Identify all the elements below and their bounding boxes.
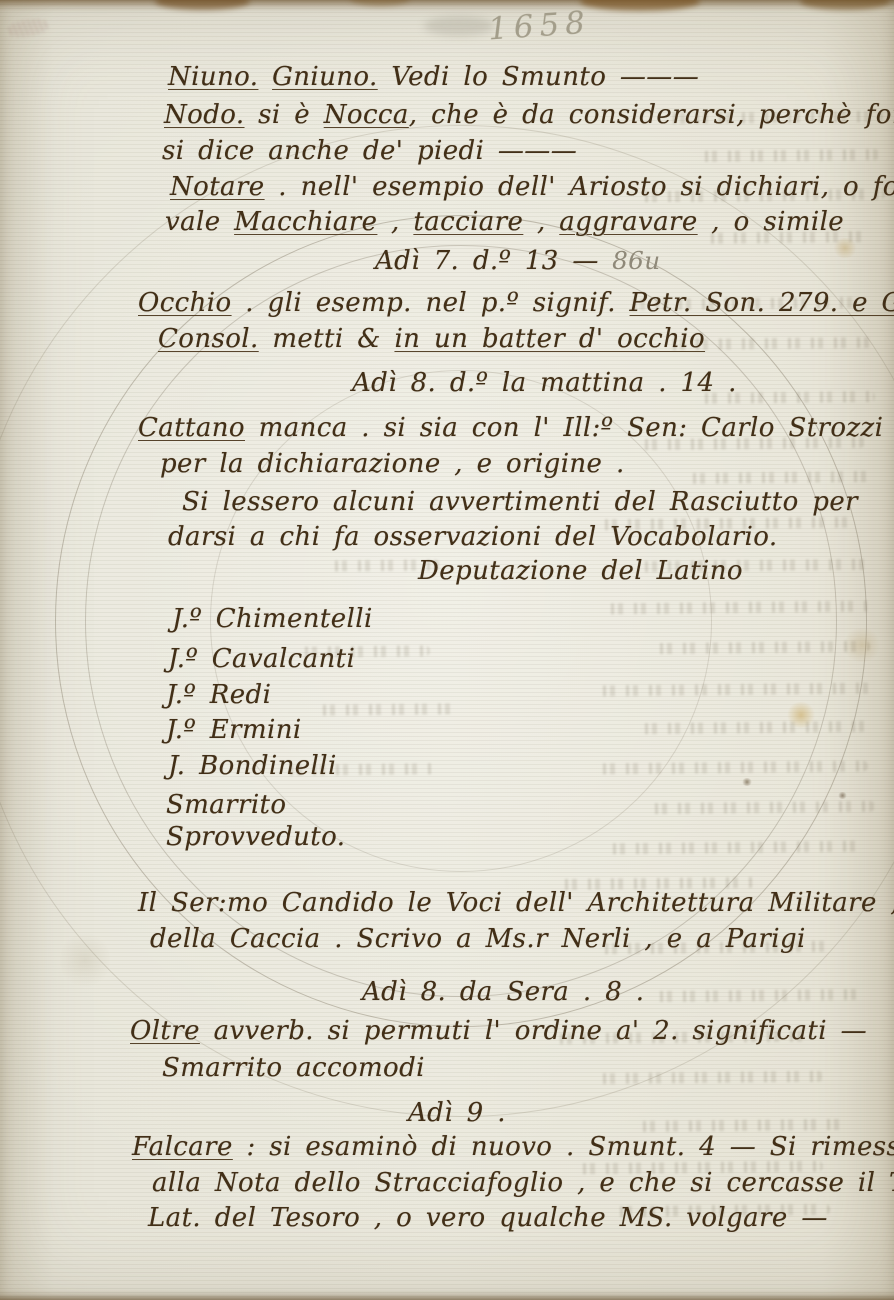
text-run: Occhio bbox=[138, 288, 232, 318]
manuscript-line: J.º Redi bbox=[166, 680, 271, 710]
text-run: Petr. Son. 279. e Giard. bbox=[630, 288, 894, 318]
text-run: alla Nota dello Stracciafoglio , e che s… bbox=[152, 1168, 894, 1198]
manuscript-line: Smarrito accomodi bbox=[162, 1053, 425, 1083]
text-run: J. Bondinelli bbox=[168, 751, 337, 781]
text-run: tacciare bbox=[413, 207, 523, 237]
text-run: J.º Chimentelli bbox=[172, 604, 373, 634]
text-run: . nell' esempio dell' Ariosto si dichiar… bbox=[265, 172, 894, 202]
text-run: Notare bbox=[170, 172, 265, 202]
manuscript-line: J.º Ermini bbox=[166, 715, 302, 745]
manuscript-line: Nodo. si è Nocca, che è da considerarsi,… bbox=[164, 100, 894, 130]
text-run: Consol. bbox=[158, 324, 259, 354]
manuscript-line: alla Nota dello Stracciafoglio , e che s… bbox=[152, 1168, 894, 1198]
manuscript-line: Consol. metti & in un batter d' occhio bbox=[158, 324, 705, 354]
text-run: si è bbox=[245, 100, 324, 130]
text-run: . gli esemp. nel p.º signif. bbox=[232, 288, 630, 318]
manuscript-line: J.º Cavalcanti bbox=[168, 644, 355, 674]
text-run: Vedi lo Smunto ——— bbox=[378, 62, 699, 92]
text-run: Niuno. bbox=[168, 62, 258, 92]
manuscript-line: Adì 8. d.º la mattina . 14 . bbox=[352, 368, 737, 398]
manuscript-line: Sprovveduto. bbox=[166, 822, 345, 852]
text-run: , bbox=[523, 207, 559, 237]
text-run: della Caccia . Scrivo a Ms.r Nerli , e a… bbox=[150, 924, 806, 954]
manuscript-body: Niuno. Gniuno. Vedi lo Smunto ———Nodo. s… bbox=[0, 0, 894, 1300]
manuscript-line: J. Bondinelli bbox=[168, 751, 337, 781]
text-run: in un batter d' occhio bbox=[394, 324, 705, 354]
text-run: per la dichiarazione , e origine . bbox=[160, 449, 625, 479]
manuscript-line: Niuno. Gniuno. Vedi lo Smunto ——— bbox=[168, 62, 699, 92]
text-run: Cattano bbox=[138, 413, 245, 443]
text-run: Il Ser:mo Candido le Voci dell' Architet… bbox=[138, 888, 894, 918]
manuscript-line: Adì 7. d.º 13 — 86u bbox=[375, 246, 661, 276]
text-run: Falcare bbox=[132, 1132, 233, 1162]
text-run: vale bbox=[165, 207, 234, 237]
manuscript-line: Notare . nell' esempio dell' Ariosto si … bbox=[170, 172, 894, 202]
text-run: Adì 8. d.º la mattina . 14 . bbox=[352, 368, 737, 398]
text-run: Nocca bbox=[324, 100, 409, 130]
manuscript-line: Lat. del Tesoro , o vero qualche MS. vol… bbox=[148, 1203, 828, 1233]
text-run: : si esaminò di nuovo . Smunt. 4 — Si ri… bbox=[233, 1132, 894, 1162]
text-run: Adì 8. da Sera . 8 . bbox=[362, 977, 644, 1007]
manuscript-line: Oltre avverb. si permuti l' ordine a' 2.… bbox=[130, 1016, 867, 1046]
text-run: 86u bbox=[599, 246, 661, 275]
manuscript-line: si dice anche de' piedi ——— bbox=[162, 136, 577, 166]
text-run: aggravare bbox=[559, 207, 697, 237]
text-run: Lat. del Tesoro , o vero qualche MS. vol… bbox=[148, 1203, 828, 1233]
manuscript-line: darsi a chi fa osservazioni del Vocabola… bbox=[168, 522, 778, 552]
text-run bbox=[258, 62, 272, 92]
text-run: metti & bbox=[259, 324, 395, 354]
manuscript-line: Adì 8. da Sera . 8 . bbox=[362, 977, 644, 1007]
text-run: darsi a chi fa osservazioni del Vocabola… bbox=[168, 522, 778, 552]
text-run: Adì 7. d.º 13 — bbox=[375, 246, 599, 276]
manuscript-line: per la dichiarazione , e origine . bbox=[160, 449, 625, 479]
manuscript-line: Deputazione del Latino bbox=[418, 556, 743, 586]
manuscript-line: vale Macchiare , tacciare , aggravare , … bbox=[165, 207, 844, 237]
text-run: Adì 9 . bbox=[408, 1098, 506, 1128]
manuscript-line: Smarrito bbox=[166, 790, 286, 820]
text-run: manca . si sia con l' Ill:º Sen: Carlo S… bbox=[245, 413, 883, 443]
manuscript-line: della Caccia . Scrivo a Ms.r Nerli , e a… bbox=[150, 924, 806, 954]
text-run: si dice anche de' piedi ——— bbox=[162, 136, 577, 166]
text-run: , che è da considerarsi, perchè forse bbox=[409, 100, 894, 130]
text-run: avverb. si permuti l' ordine a' 2. signi… bbox=[200, 1016, 867, 1046]
text-run: J.º Redi bbox=[166, 680, 271, 710]
manuscript-line: Il Ser:mo Candido le Voci dell' Architet… bbox=[138, 888, 894, 918]
text-run: Macchiare bbox=[234, 207, 377, 237]
text-run: Sprovveduto. bbox=[166, 822, 345, 852]
text-run: Smarrito accomodi bbox=[162, 1053, 425, 1083]
manuscript-line: Occhio . gli esemp. nel p.º signif. Petr… bbox=[138, 288, 894, 318]
manuscript-line: Cattano manca . si sia con l' Ill:º Sen:… bbox=[138, 413, 883, 443]
text-run: Oltre bbox=[130, 1016, 200, 1046]
manuscript-line: Adì 9 . bbox=[408, 1098, 506, 1128]
text-run: J.º Ermini bbox=[166, 715, 302, 745]
text-run: J.º Cavalcanti bbox=[168, 644, 355, 674]
manuscript-line: Falcare : si esaminò di nuovo . Smunt. 4… bbox=[132, 1132, 894, 1162]
manuscript-page: 1658 Niuno. Gniuno. Vedi lo Smunto ———No… bbox=[0, 0, 894, 1300]
text-run: Si lessero alcuni avvertimenti del Rasci… bbox=[182, 487, 858, 517]
manuscript-line: Si lessero alcuni avvertimenti del Rasci… bbox=[182, 487, 858, 517]
text-run: , bbox=[377, 207, 413, 237]
text-run: Nodo. bbox=[164, 100, 245, 130]
text-run: , o simile bbox=[698, 207, 844, 237]
manuscript-line: J.º Chimentelli bbox=[172, 604, 373, 634]
text-run: Smarrito bbox=[166, 790, 286, 820]
text-run: Deputazione del Latino bbox=[418, 556, 743, 586]
text-run: Gniuno. bbox=[272, 62, 378, 92]
